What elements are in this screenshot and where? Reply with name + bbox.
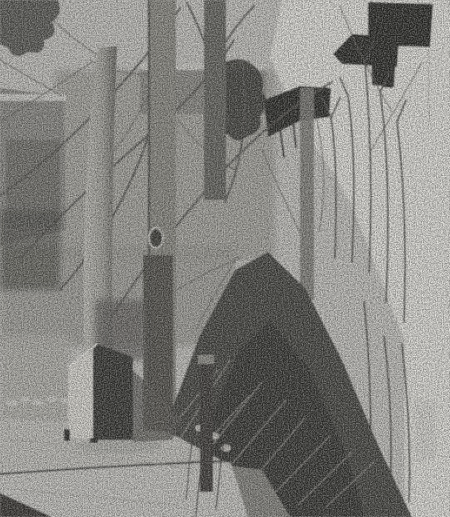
photo-svg [0, 0, 450, 517]
photograph [0, 0, 450, 517]
film-grain-light [0, 0, 450, 517]
photo-canvas [0, 0, 450, 517]
